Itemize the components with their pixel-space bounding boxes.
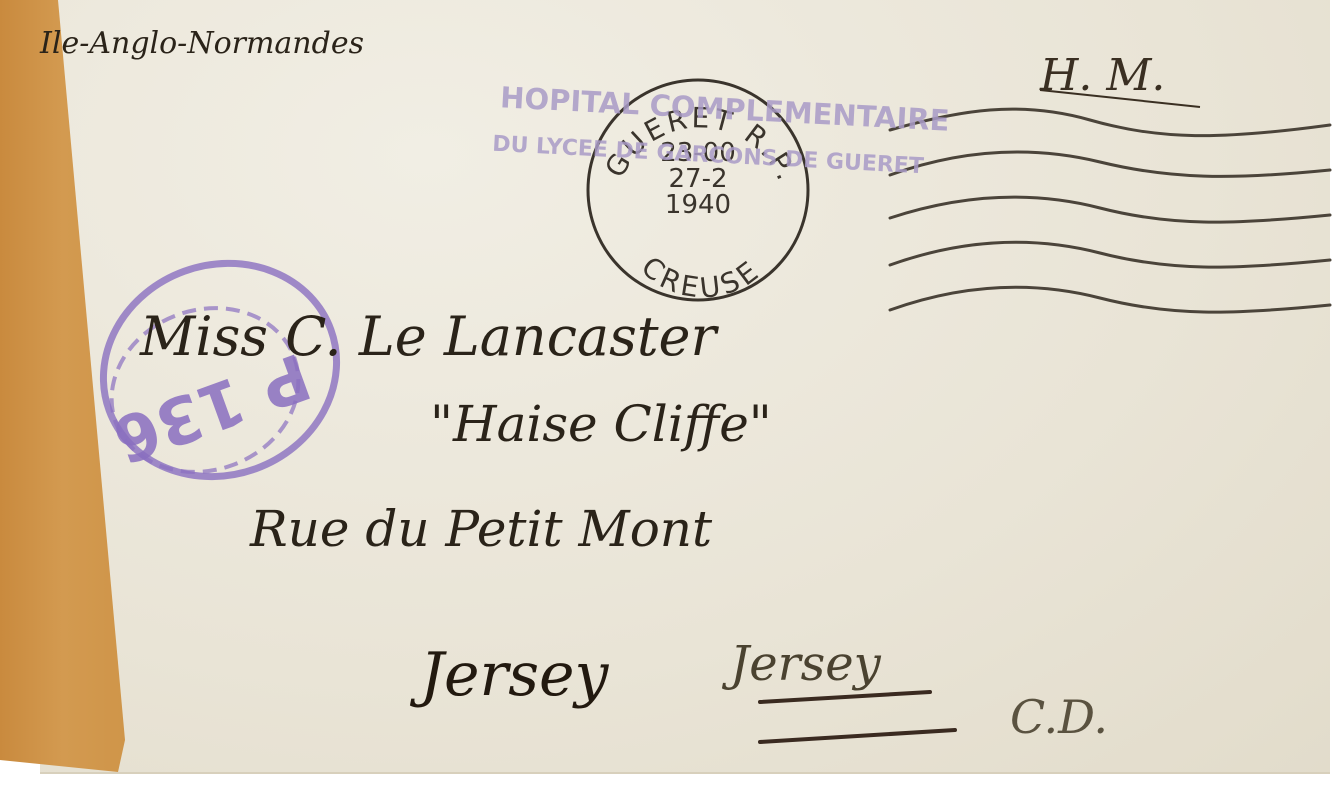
envelope: GUERET R.P. CREUSE 23-00 27-2 1940 HOPIT… [0, 0, 1336, 800]
address-island: Jersey [420, 640, 608, 710]
address-line-1: Miss C. Le Lancaster [140, 305, 716, 368]
postmark-date: 27-2 [640, 166, 756, 192]
top-right-initials: H. M. [1040, 50, 1165, 101]
svg-text:CREUSE: CREUSE [635, 250, 767, 305]
top-left-note: Ile-Anglo-Normandes [40, 26, 364, 61]
address-line-3: Rue du Petit Mont [250, 500, 712, 558]
postmark-year: 1940 [640, 192, 756, 218]
address-line-2: "Haise Cliffe" [430, 395, 772, 453]
address-island-annotation: Jersey [730, 636, 881, 692]
annotation-initials: C.D. [1010, 690, 1108, 744]
